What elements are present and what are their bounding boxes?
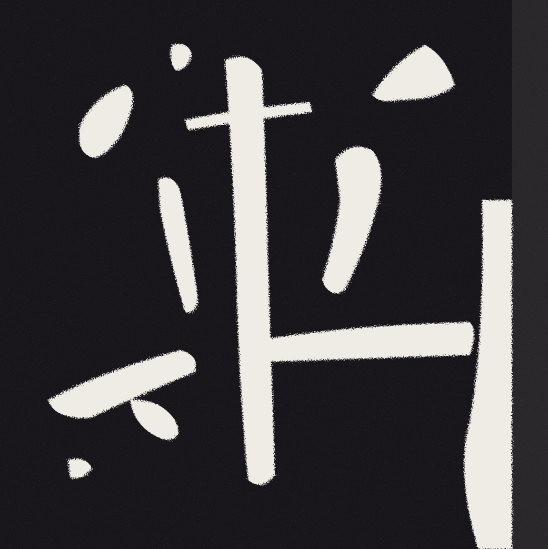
calligraphy-rubbing: Stone rubbing of a single Chinese callig… (0, 0, 548, 549)
rubbing-artwork (0, 0, 548, 549)
